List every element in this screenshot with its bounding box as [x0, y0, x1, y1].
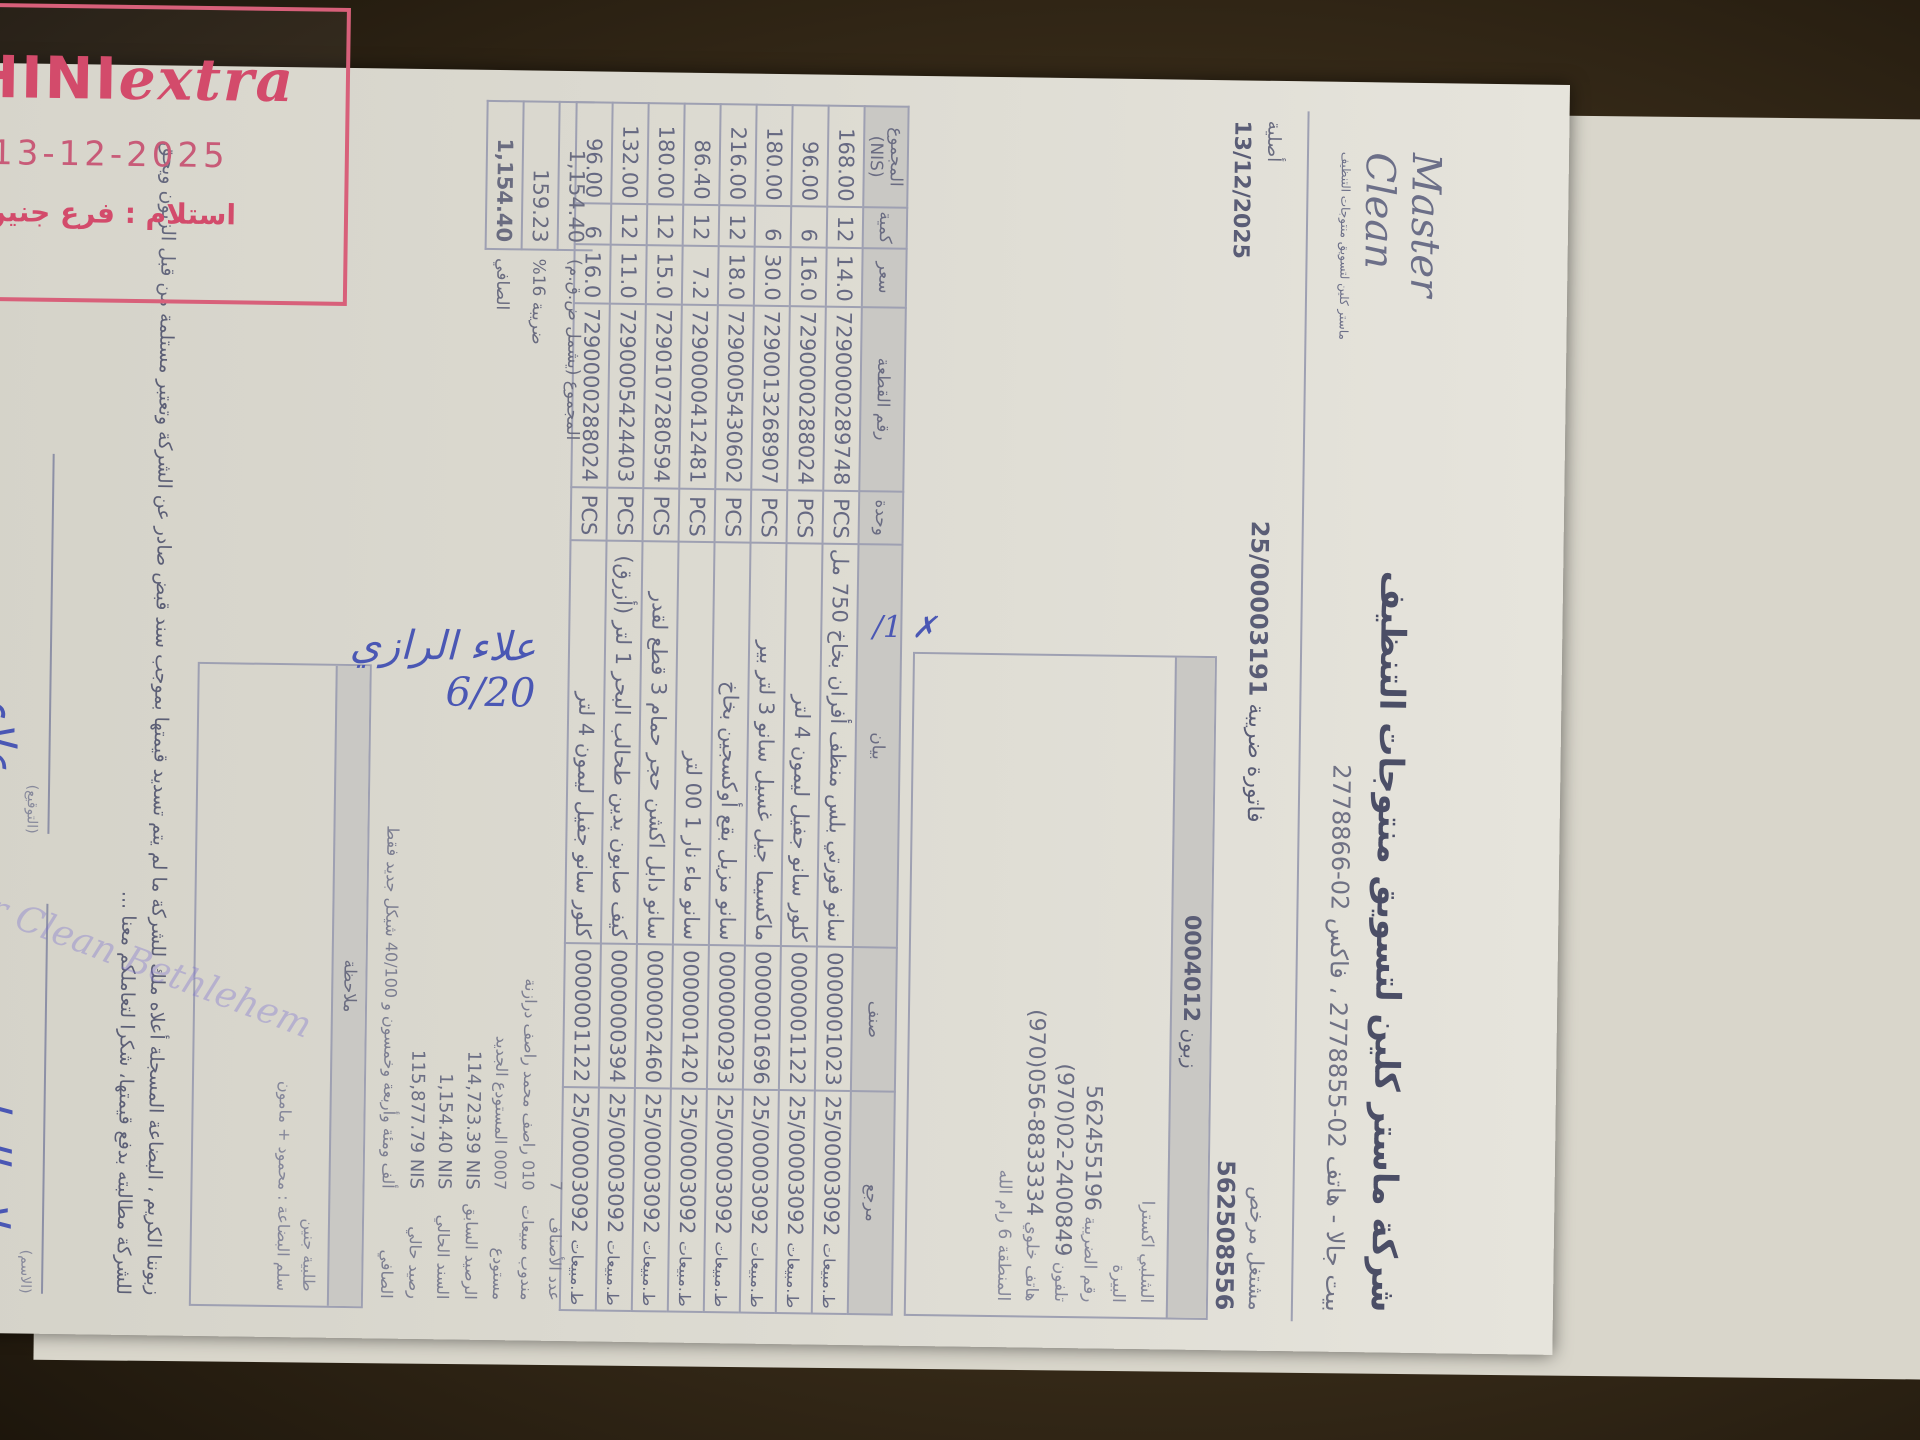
- description-cell: كيف صابون يدين طحالب البحر 1 لتر (أزرق): [601, 541, 643, 945]
- description-cell: ماكسيما جيل غسيل سانو 3 لتر بير: [745, 543, 787, 947]
- logo-subtitle: ماستر كلين لتسويق منتوجات التنظيف: [1335, 152, 1353, 412]
- col-qty: كمية: [863, 207, 908, 249]
- description-cell: سانو ماء نار 1 00 لتر: [673, 542, 715, 946]
- stamp-date: 13-12-2025: [0, 131, 345, 178]
- customer-box: زبون 0004012 الشلبي اكسترا البيرة رقم ال…: [904, 652, 1217, 1320]
- price-cell: 16.0: [790, 247, 827, 307]
- handwritten-check-mark: ✗ 1/: [873, 610, 937, 646]
- col-unit: وحدة: [859, 491, 904, 545]
- vat-row: 159.23 ضريبة 16%: [516, 100, 559, 580]
- company-name: شركة ماستر كلين لتسويق منتوجات التنظيف: [1363, 571, 1413, 1313]
- ref-cell: 25/00003092 ط.مبيعات: [812, 1090, 851, 1314]
- signature-line: [47, 454, 54, 834]
- qty-cell: 6: [755, 205, 792, 246]
- customer-header-label: زبون: [1178, 1028, 1203, 1069]
- price-cell: 7.2: [682, 245, 719, 305]
- vat-label: ضريبة 16%: [524, 250, 549, 580]
- description-cell: سانو مزيل بقع أوكسجين بخاخ: [709, 542, 751, 946]
- stamp-branch: استلام : فرع جنين: [0, 193, 344, 233]
- barcode-cell: 7290107280594: [643, 304, 682, 488]
- receipt-stamp: SHINIextra 13-12-2025 استلام : فرع جنين: [44, 4, 351, 508]
- licensed-dealer-number: 562508556: [1210, 1160, 1240, 1311]
- ref-cell: 25/00003092 ط.مبيعات: [668, 1088, 707, 1312]
- total-cell: 180.00: [755, 105, 792, 206]
- customer-details: الشلبي اكسترا البيرة رقم الضريبة 5624551…: [983, 655, 1175, 1317]
- barcode-cell: 7290000289748: [823, 306, 862, 490]
- col-barcode: رقم القطعة: [859, 307, 906, 491]
- item-code-cell: 0000001696: [743, 946, 781, 1090]
- item-code-cell: 0000000293: [707, 945, 745, 1089]
- barcode-cell: 7290005430602: [715, 305, 754, 489]
- unit-cell: PCS: [679, 488, 716, 542]
- company-logo: Master Clean ماستر كلين لتسويق منتوجات ا…: [1345, 152, 1449, 413]
- col-ref: مرجع: [848, 1091, 895, 1315]
- gross-total-label: المجموع (يشمل ض.ق.م): [560, 251, 585, 581]
- price-cell: 30.0: [754, 246, 791, 306]
- qty-cell: 12: [611, 203, 648, 244]
- unit-cell: PCS: [751, 489, 788, 543]
- price-cell: 11.0: [610, 244, 647, 304]
- qty-cell: 6: [791, 206, 828, 247]
- company-contact: بيت جالا - هاتف 02-2778855 ، فاكس 02-277…: [1320, 764, 1356, 1312]
- col-price: سعر: [862, 248, 907, 308]
- gross-total-row: 1,154.40 المجموع (يشمل ض.ق.م): [552, 101, 595, 581]
- logo-text: Master Clean: [1355, 152, 1449, 297]
- qty-cell: 12: [683, 204, 720, 245]
- description-cell: سانو دابل اكشن حجر حمام 3 قطع لقدر: [637, 541, 679, 945]
- signature-label: (التوقيع): [23, 785, 40, 834]
- items-table: مرجع صنف بيان وحدة رقم القطعة سعر كمية ا…: [559, 101, 910, 1316]
- invoice-title-label: فاتورة ضريبة: [1242, 703, 1269, 823]
- price-cell: 18.0: [718, 246, 755, 306]
- unit-cell: PCS: [715, 489, 752, 543]
- barcode-cell: 7290000412481: [679, 304, 718, 488]
- barcode-cell: 7290000288024: [787, 306, 826, 490]
- net-total-label: الصافي: [488, 250, 513, 580]
- invoice-title: فاتورة ضريبة 25/00003191: [1242, 521, 1274, 823]
- col-item-code: صنف: [851, 947, 897, 1091]
- invoice-page: شركة ماستر كلين لتسويق منتوجات التنظيف ب…: [0, 62, 1570, 1355]
- invoice-number: 25/00003191: [1243, 521, 1273, 697]
- licensed-dealer-label: مشتغل مرخص: [1244, 1186, 1270, 1311]
- ref-cell: 25/00003092 ط.مبيعات: [632, 1088, 671, 1312]
- receiver-handwritten-name: علاء الرازي: [0, 1038, 22, 1253]
- receiver-name-label: (الاسم): [17, 1250, 34, 1294]
- item-code-cell: 0000002460: [635, 944, 673, 1088]
- unit-cell: PCS: [787, 490, 824, 544]
- vat-amount: 159.23: [521, 100, 559, 250]
- total-cell: 86.40: [683, 104, 720, 205]
- ref-cell: 25/00003092 ط.مبيعات: [596, 1087, 635, 1311]
- header-divider: [1291, 111, 1310, 1321]
- net-total: 1,154.40: [485, 100, 523, 250]
- totals-block: 1,154.40 المجموع (يشمل ض.ق.م) 159.23 ضري…: [480, 100, 595, 581]
- barcode-cell: 7290013268907: [751, 305, 790, 489]
- copy-label: أصلية: [1263, 121, 1285, 163]
- qty-cell: 12: [719, 205, 756, 246]
- gross-total: 1,154.40: [557, 101, 595, 251]
- price-cell: 15.0: [646, 245, 683, 305]
- handwritten-annotation: علاء الرازي 6/20: [335, 622, 536, 717]
- item-code-cell: 0000001420: [671, 945, 709, 1089]
- ref-cell: 25/00003092 ط.مبيعات: [776, 1090, 815, 1314]
- notes-content: طلبية جنين سلم البضاعة : محمود + مامون: [263, 665, 336, 1306]
- unit-cell: PCS: [607, 487, 644, 541]
- total-cell: 168.00: [827, 106, 864, 207]
- price-cell: 14.0: [826, 247, 863, 307]
- ref-cell: 25/00003092 ط.مبيعات: [740, 1089, 779, 1313]
- item-code-cell: 0000000394: [599, 944, 637, 1088]
- item-code-cell: 0000001122: [779, 946, 817, 1090]
- unit-cell: PCS: [823, 490, 860, 544]
- col-total: المجموع (NIS): [863, 106, 908, 207]
- total-cell: 216.00: [719, 104, 756, 205]
- stamp-brand: SHINIextra: [0, 41, 346, 116]
- receiver-signature-line: [41, 904, 48, 1294]
- handwritten-signature: علاء: [0, 696, 26, 773]
- total-cell: 180.00: [647, 103, 684, 204]
- qty-cell: 12: [827, 206, 864, 247]
- item-code-cell: 0000001023: [815, 947, 853, 1091]
- total-cell: 96.00: [791, 105, 828, 206]
- description-cell: سانو فورتي بلس منظف أفران بخاخ 750 مل: [817, 544, 859, 948]
- unit-cell: PCS: [643, 488, 680, 542]
- customer-code: 0004012: [1178, 915, 1204, 1022]
- description-cell: كلور سانو جفيل ليمون 4 لتر: [781, 543, 823, 947]
- col-description: بيان: [853, 544, 903, 948]
- ref-cell: 25/00003092 ط.مبيعات: [704, 1089, 743, 1313]
- total-cell: 132.00: [611, 103, 648, 204]
- barcode-cell: 7290005424403: [607, 303, 646, 487]
- invoice-date: 13/12/2025: [1228, 120, 1255, 259]
- net-total-row: 1,154.40 الصافي: [480, 100, 523, 580]
- receipt-stamp-frame: SHINIextra 13-12-2025 استلام : فرع جنين: [0, 1, 351, 306]
- qty-cell: 12: [647, 204, 684, 245]
